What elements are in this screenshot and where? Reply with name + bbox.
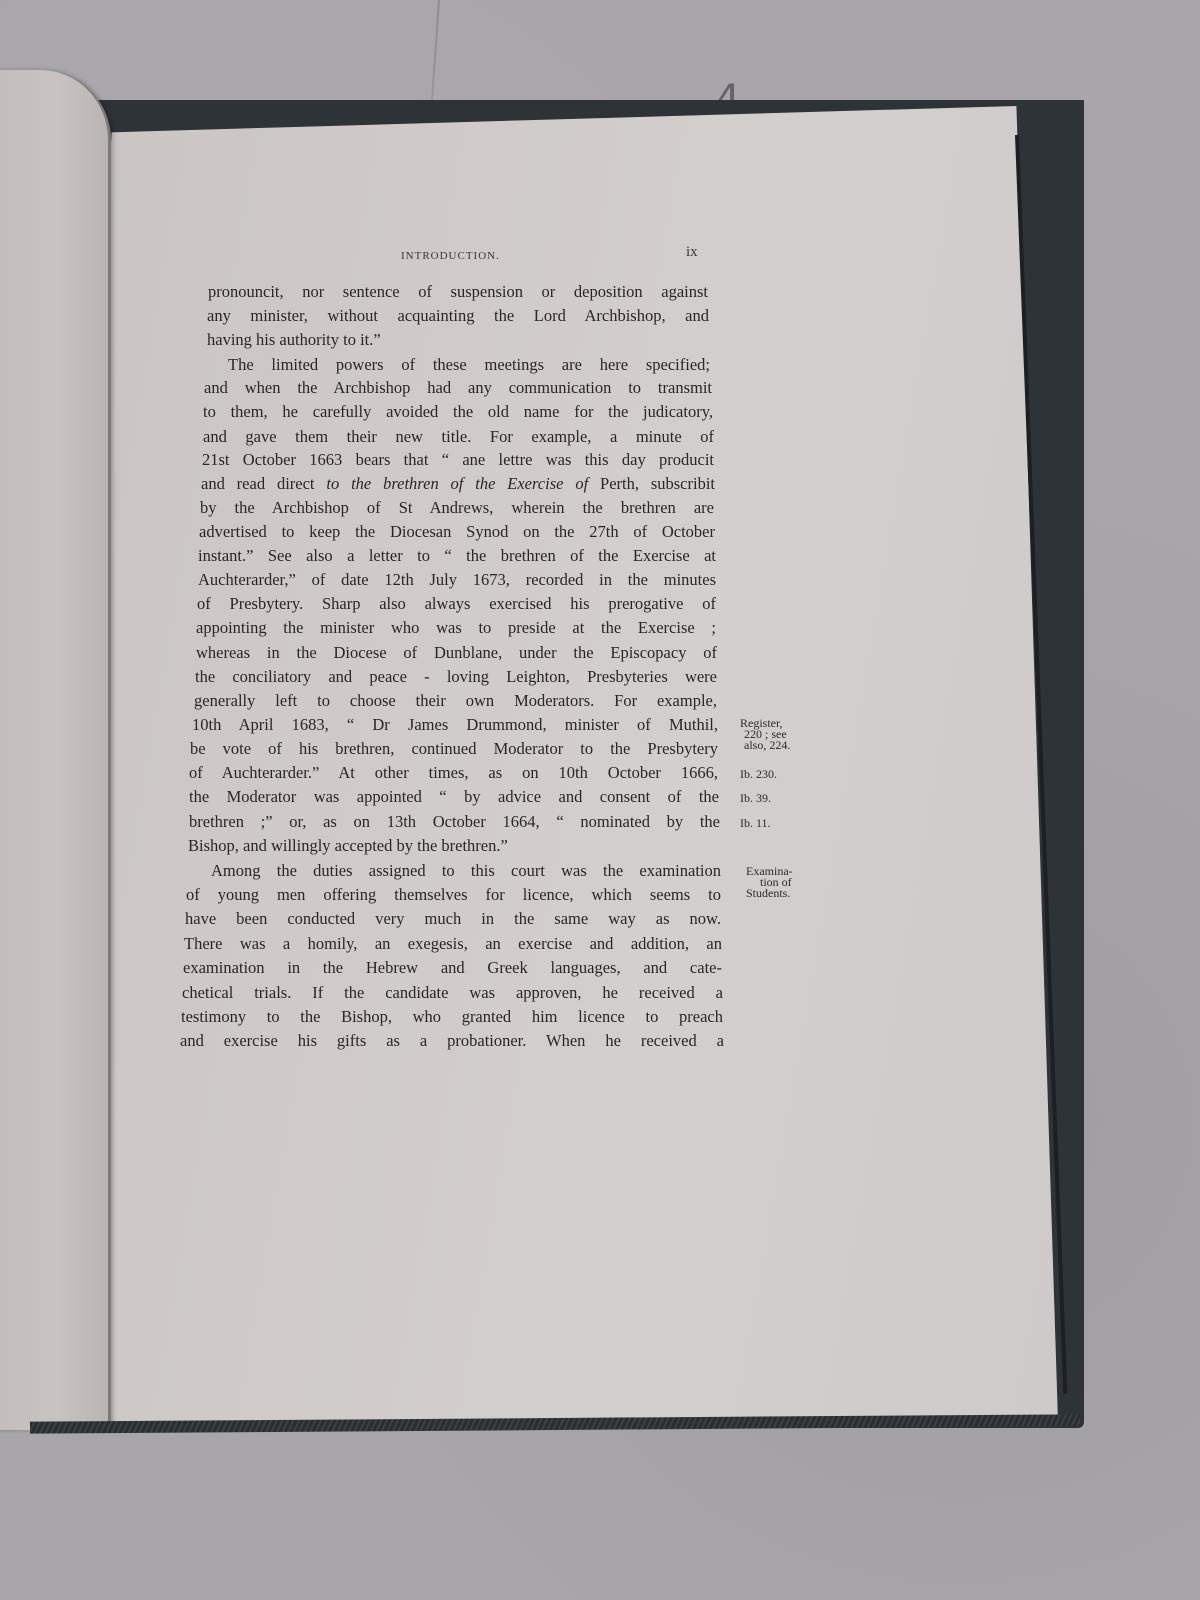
body-line: generally left to choose their own Moder… [194,691,717,711]
body-line: brethren ;” or, as on 13th October 1664,… [189,812,720,832]
body-line: pronouncit, nor sentence of suspension o… [208,282,708,302]
body-line: There was a homily, an exegesis, an exer… [184,934,722,954]
margin-note-ib-230: Ib. 230. [740,769,777,780]
margin-note-ib-11: Ib. 11. [740,818,771,829]
body-line: by the Archbishop of St Andrews, wherein… [200,498,714,518]
margin-note-register: Register, 220 ; see also, 224. [740,718,790,751]
body-line: and exercise his gifts as a probationer.… [180,1031,724,1051]
body-line: 10th April 1683, “ Dr James Drummond, mi… [192,715,718,735]
body-line: chetical trials. If the candidate was ap… [182,983,723,1003]
page-number: ix [686,244,698,261]
body-line: be vote of his brethren, continued Moder… [190,739,718,759]
body-line: have been conducted very much in the sam… [185,909,721,929]
margin-note-ib-39: Ib. 39. [740,793,771,804]
body-line: and gave them their new title. For examp… [203,427,714,447]
body-line: 21st October 1663 bears that “ ane lettr… [202,450,714,470]
previous-page-edge [0,70,111,1430]
body-line: instant.” See also a letter to “ the bre… [198,546,716,566]
body-line: the conciliatory and peace - loving Leig… [195,667,717,687]
body-line: of Presbytery. Sharp also always exercis… [197,594,716,614]
margin-note-examination: Examina- tion of Students. [746,866,793,899]
body-line: advertised to keep the Diocesan Synod on… [199,522,715,542]
body-line: of young men offering themselves for lic… [186,885,721,905]
body-line: whereas in the Diocese of Dunblane, unde… [196,643,717,663]
italic-quote: to the brethren of the Exercise of [326,474,588,493]
body-line: appointing the minister who was to presi… [196,618,716,638]
body-line: and when the Archbishop had any communic… [204,378,712,398]
body-line: of Auchterarder.” At other times, as on … [189,763,718,783]
body-line: examination in the Hebrew and Greek lang… [183,958,722,978]
body-line: Auchterarder,” of date 12th July 1673, r… [198,570,716,590]
body-line: having his authority to it.” [207,330,381,350]
body-line: the Moderator was appointed “ by advice … [189,787,719,807]
body-line: any minister, without acquainting the Lo… [207,306,709,326]
body-line: to them, he carefully avoided the old na… [203,402,713,422]
body-line: Among the duties assigned to this court … [211,861,721,881]
running-head: INTRODUCTION. [401,250,500,262]
body-line: testimony to the Bishop, who granted him… [181,1007,723,1027]
body-line: and read direct to the brethren of the E… [201,474,715,494]
body-line: The limited powers of these meetings are… [228,355,710,375]
body-line: Bishop, and willingly accepted by the br… [188,836,508,856]
